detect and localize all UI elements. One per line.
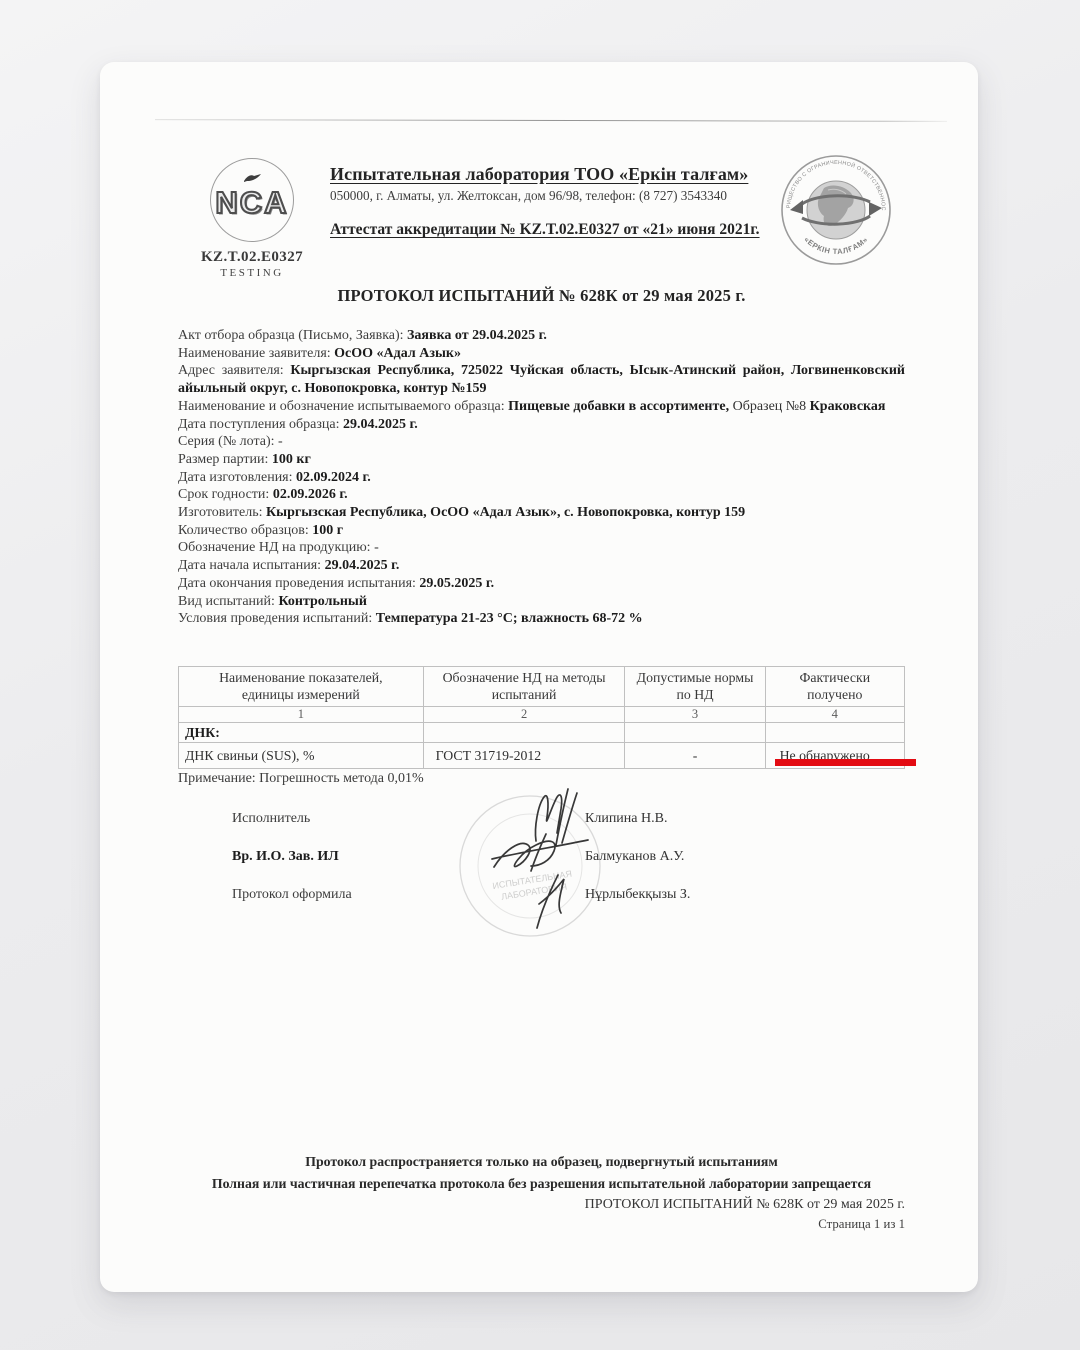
signature-role: Протокол оформила bbox=[232, 887, 352, 903]
signature-row: Исполнитель Клипина Н.В. bbox=[178, 811, 798, 833]
field-row: Вид испытаний: Контрольный bbox=[178, 593, 905, 611]
field-row: Дата окончания проведения испытания: 29.… bbox=[178, 575, 905, 593]
field-label: Наименование и обозначение испытываемого… bbox=[178, 399, 508, 414]
col-number: 1 bbox=[179, 707, 424, 723]
field-value: 02.09.2026 г. bbox=[273, 487, 348, 502]
signature-name: Клипина Н.В. bbox=[585, 811, 667, 827]
field-label: Изготовитель: bbox=[178, 505, 266, 520]
col-header: Допустимые нормы по НД bbox=[625, 667, 765, 707]
footer: Протокол распространяется только на обра… bbox=[178, 1151, 905, 1232]
letterhead: Испытательная лаборатория ТОО «Еркін тал… bbox=[330, 164, 776, 239]
accreditation-line: Аттестат аккредитации № KZ.T.02.E0327 от… bbox=[330, 221, 776, 239]
field-value: - bbox=[374, 540, 379, 555]
field-value: Краковская bbox=[810, 399, 886, 414]
col-header: Обозначение НД на методы испытаний bbox=[423, 667, 625, 707]
field-row: Дата поступления образца: 29.04.2025 г. bbox=[178, 416, 905, 434]
method-error-note: Примечание: Погрешность метода 0,01% bbox=[178, 771, 424, 787]
table-cell-indicator: ДНК: bbox=[179, 723, 424, 743]
footer-page-number: Страница 1 из 1 bbox=[178, 1217, 905, 1232]
lab-name: Испытательная лаборатория ТОО «Еркін тал… bbox=[330, 164, 776, 185]
field-label: Адрес заявителя: bbox=[178, 363, 290, 378]
field-label: Серия (№ лота): bbox=[178, 434, 278, 449]
field-label: Дата поступления образца: bbox=[178, 417, 343, 432]
signature-row: Протокол оформила Нұрлыбекқызы З. bbox=[178, 887, 798, 909]
table-cell-method: ГОСТ 31719-2012 bbox=[423, 743, 625, 769]
field-value: Пищевые добавки в ассортименте, bbox=[508, 399, 732, 414]
col-number: 4 bbox=[765, 707, 904, 723]
signature-stroke bbox=[530, 873, 572, 931]
footer-disclaimer-2: Полная или частичная перепечатка протоко… bbox=[178, 1173, 905, 1195]
field-row: Изготовитель: Кыргызская Республика, ОсО… bbox=[178, 504, 905, 522]
sample-details: Акт отбора образца (Письмо, Заявка): Зая… bbox=[178, 327, 905, 628]
nca-accreditation-code: KZ.T.02.E0327 bbox=[192, 249, 312, 266]
table-cell-empty bbox=[625, 723, 765, 743]
lab-address: 050000, г. Алматы, ул. Желтоксан, дом 96… bbox=[330, 188, 776, 204]
result-highlight-underline bbox=[775, 759, 916, 766]
field-label: Наименование заявителя: bbox=[178, 346, 334, 361]
scan-artifact-line bbox=[155, 119, 947, 122]
field-label: Срок годности: bbox=[178, 487, 273, 502]
table-cell-indicator: ДНК свиньи (SUS), % bbox=[179, 743, 424, 769]
field-value: Контрольный bbox=[278, 594, 367, 609]
field-row: Количество образцов: 100 г bbox=[178, 522, 905, 540]
field-row: Наименование заявителя: ОсОО «Адал Азык» bbox=[178, 345, 905, 363]
footer-protocol-ref: ПРОТОКОЛ ИСПЫТАНИЙ № 628К от 29 мая 2025… bbox=[178, 1197, 905, 1213]
table-cell-empty bbox=[765, 723, 904, 743]
field-value: - bbox=[278, 434, 283, 449]
table-row: ДНК: bbox=[179, 723, 905, 743]
field-row: Размер партии: 100 кг bbox=[178, 451, 905, 469]
footer-disclaimer-1: Протокол распространяется только на обра… bbox=[178, 1151, 905, 1173]
field-row: Серия (№ лота): - bbox=[178, 433, 905, 451]
company-stamp-icon: ТОВАРИЩЕСТВО С ОГРАНИЧЕННОЙ ОТВЕТСТВЕННО… bbox=[776, 150, 896, 270]
field-row: Условия проведения испытаний: Температур… bbox=[178, 610, 905, 628]
table-header-row: Наименование показателей, единицы измере… bbox=[179, 667, 905, 707]
field-row: Дата изготовления: 02.09.2024 г. bbox=[178, 469, 905, 487]
field-row: Обозначение НД на продукцию: - bbox=[178, 539, 905, 557]
field-label: Количество образцов: bbox=[178, 523, 312, 538]
field-value: 29.05.2025 г. bbox=[419, 576, 494, 591]
field-row: Наименование и обозначение испытываемого… bbox=[178, 398, 905, 416]
field-row: Акт отбора образца (Письмо, Заявка): Зая… bbox=[178, 327, 905, 345]
field-label: Дата начала испытания: bbox=[178, 558, 325, 573]
nca-testing-caption: TESTING bbox=[192, 267, 312, 279]
signature-name: Балмуканов А.У. bbox=[585, 849, 684, 865]
results-table: Наименование показателей, единицы измере… bbox=[178, 666, 905, 769]
field-label: Обозначение НД на продукцию: bbox=[178, 540, 374, 555]
signature-role: Вр. И.О. Зав. ИЛ bbox=[232, 849, 339, 865]
field-value: Образец №8 bbox=[733, 399, 810, 414]
field-value: Температура 21-23 °С; влажность 68-72 % bbox=[376, 611, 643, 626]
field-value: 02.09.2024 г. bbox=[296, 470, 371, 485]
field-label: Дата окончания проведения испытания: bbox=[178, 576, 419, 591]
col-number: 2 bbox=[423, 707, 625, 723]
document-title: ПРОТОКОЛ ИСПЫТАНИЙ № 628К от 29 мая 2025… bbox=[178, 286, 905, 306]
field-value: 100 г bbox=[312, 523, 343, 538]
field-label: Размер партии: bbox=[178, 452, 272, 467]
field-label: Дата изготовления: bbox=[178, 470, 296, 485]
nca-circle-icon: NCA bbox=[210, 158, 294, 242]
signature-role: Исполнитель bbox=[232, 811, 310, 827]
col-number: 3 bbox=[625, 707, 765, 723]
field-value: 29.04.2025 г. bbox=[325, 558, 400, 573]
field-value: Заявка от 29.04.2025 г. bbox=[407, 328, 547, 343]
signature-block: ИСПЫТАТЕЛЬНАЯ ЛАБОРАТОРИЯ Исполнитель Кл… bbox=[178, 807, 798, 1017]
table-colnum-row: 1 2 3 4 bbox=[179, 707, 905, 723]
field-label: Условия проведения испытаний: bbox=[178, 611, 376, 626]
col-header: Фактически получено bbox=[765, 667, 904, 707]
table-cell-empty bbox=[423, 723, 625, 743]
nca-logo: NCA KZ.T.02.E0327 TESTING bbox=[192, 158, 312, 279]
signature-name: Нұрлыбекқызы З. bbox=[585, 887, 690, 903]
field-label: Вид испытаний: bbox=[178, 594, 278, 609]
field-value: ОсОО «Адал Азык» bbox=[334, 346, 461, 361]
signature-stroke bbox=[490, 831, 592, 879]
field-value: 100 кг bbox=[272, 452, 311, 467]
field-row: Адрес заявителя: Кыргызская Республика, … bbox=[178, 362, 905, 397]
signature-row: Вр. И.О. Зав. ИЛ Балмуканов А.У. bbox=[178, 849, 798, 871]
field-row: Дата начала испытания: 29.04.2025 г. bbox=[178, 557, 905, 575]
field-label: Акт отбора образца (Письмо, Заявка): bbox=[178, 328, 407, 343]
bird-icon bbox=[242, 172, 262, 184]
field-value: Кыргызская Республика, ОсОО «Адал Азык»,… bbox=[266, 505, 745, 520]
col-header: Наименование показателей, единицы измере… bbox=[179, 667, 424, 707]
document-page: NCA KZ.T.02.E0327 TESTING Испытательная … bbox=[100, 62, 978, 1292]
nca-acronym: NCA bbox=[203, 185, 301, 221]
field-value: 29.04.2025 г. bbox=[343, 417, 418, 432]
table-cell-norm: - bbox=[625, 743, 765, 769]
field-row: Срок годности: 02.09.2026 г. bbox=[178, 486, 905, 504]
